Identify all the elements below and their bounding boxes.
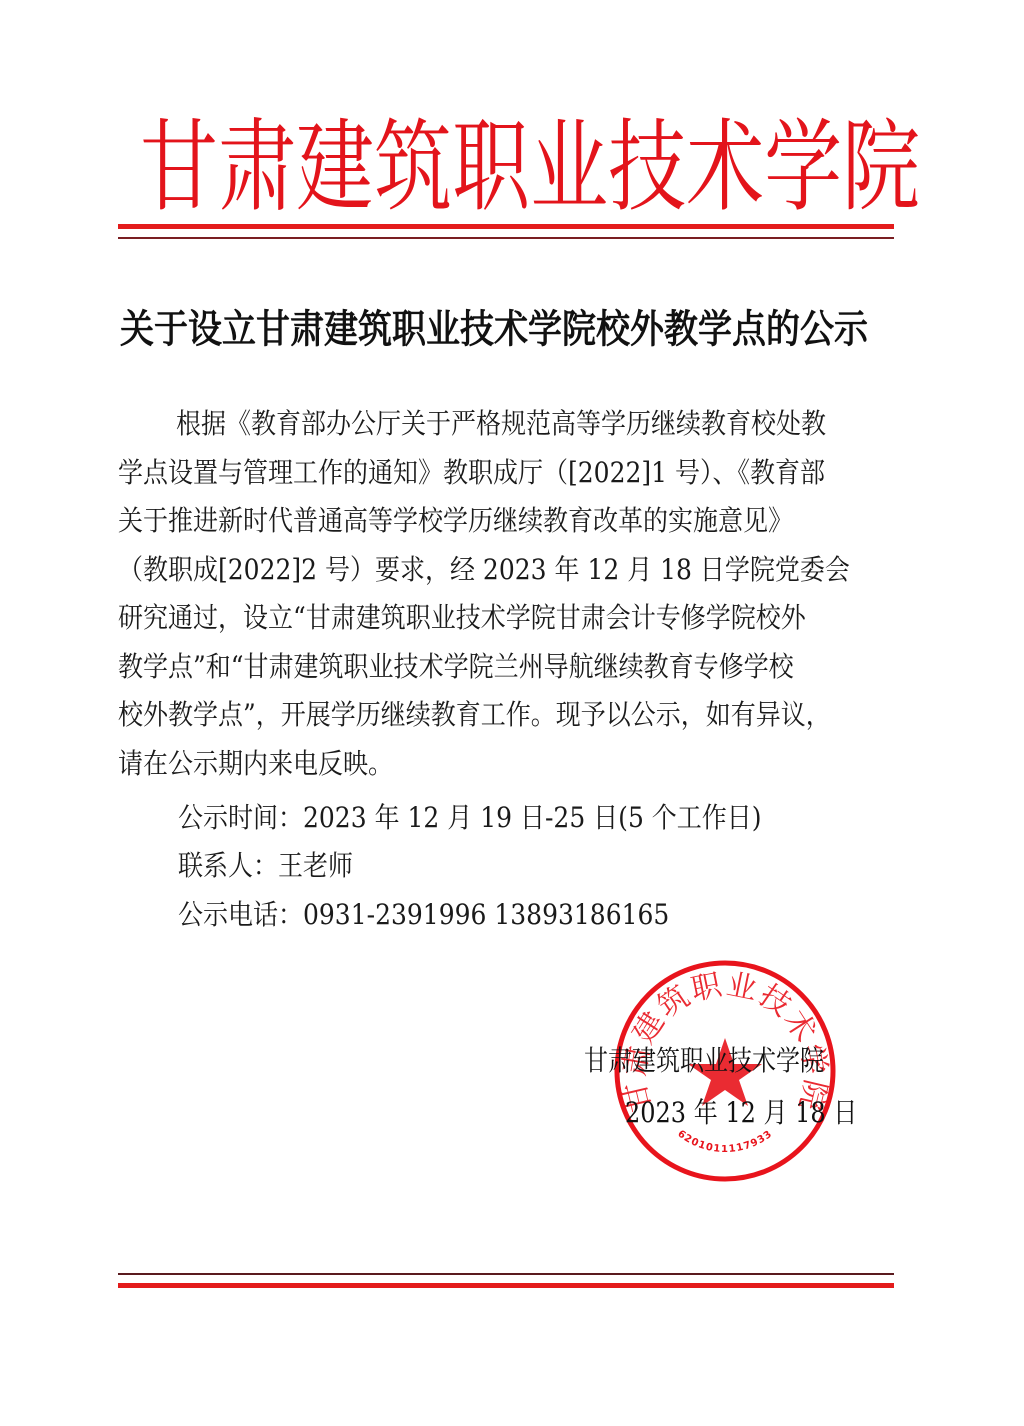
masthead-char: 建: [296, 104, 374, 232]
body-line: 关于推进新时代普通高等学校学历继续教育改革的实施意见》: [118, 494, 908, 548]
masthead-institution-name: 甘 肃 建 筑 职 业 技 术 学 院: [140, 118, 860, 218]
contact-person: 联系人：王老师: [178, 839, 878, 893]
masthead-char: 技: [608, 104, 686, 232]
body-line: 校外教学点”，开展学历继续教育工作。现予以公示，如有异议，: [118, 688, 908, 742]
masthead-char: 筑: [374, 104, 452, 232]
masthead-char: 院: [842, 104, 920, 232]
body-line: 学点设置与管理工作的通知》教职成厅（[2022]1 号）、《教育部: [118, 446, 908, 500]
contact-phone: 公示电话：0931-2391996 13893186165: [178, 888, 878, 942]
masthead-char: 术: [686, 104, 764, 232]
body-line: 教学点”和“甘肃建筑职业技术学院兰州导航继续教育专修学校: [118, 640, 908, 694]
document-title: 关于设立甘肃建筑职业技术学院校外教学点的公示: [120, 300, 900, 360]
masthead-char: 肃: [218, 104, 296, 232]
signature-date: 2023 年 12 月 18 日: [625, 1092, 865, 1133]
header-divider-thin: [118, 237, 894, 239]
body-line: 根据《教育部办公厅关于严格规范高等学历继续教育校处教: [118, 397, 908, 451]
footer-divider-thin: [118, 1273, 894, 1275]
masthead-char: 甘: [140, 104, 218, 232]
body-line: （教职成[2022]2 号）要求，经 2023 年 12 月 18 日学院党委会: [118, 543, 908, 597]
header-divider-thick: [118, 224, 894, 229]
masthead-char: 业: [530, 104, 608, 232]
footer-divider-thick: [118, 1283, 894, 1288]
masthead-char: 学: [764, 104, 842, 232]
body-line: 请在公示期内来电反映。: [118, 737, 908, 791]
signature-organization: 甘肃建筑职业技术学院: [584, 1040, 864, 1081]
masthead-char: 职: [452, 104, 530, 232]
document-body: 根据《教育部办公厅关于严格规范高等学历继续教育校处教 学点设置与管理工作的通知》…: [118, 400, 908, 788]
body-line: 研究通过，设立“甘肃建筑职业技术学院甘肃会计专修学院校外: [118, 591, 908, 645]
notice-period: 公示时间：2023 年 12 月 19 日-25 日(5 个工作日): [178, 791, 878, 845]
